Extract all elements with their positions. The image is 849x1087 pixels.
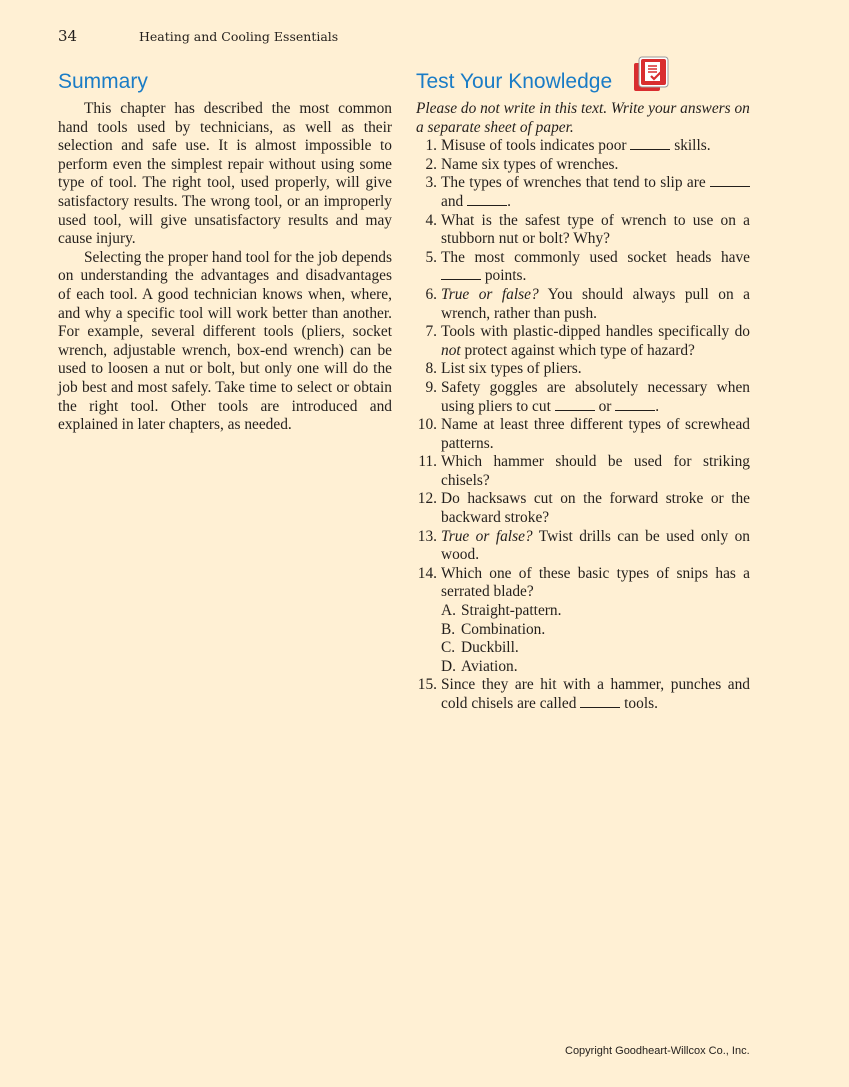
- summary-body: This chapter has described the most comm…: [58, 100, 392, 435]
- running-head: Heating and Cooling Essentials: [139, 29, 338, 44]
- question-number: 5.: [416, 249, 437, 268]
- answer-blank: [441, 267, 481, 280]
- summary-paragraph: This chapter has described the most comm…: [58, 100, 392, 249]
- question-item: 14.Which one of these basic types of sni…: [416, 565, 750, 677]
- question-number: 6.: [416, 286, 437, 305]
- question-item: 5.The most commonly used socket heads ha…: [416, 249, 750, 286]
- question-item: 6.True or false? You should always pull …: [416, 286, 750, 323]
- question-number: 7.: [416, 323, 437, 342]
- choice-list: A.Straight-pattern.B.Combination.C.Duckb…: [441, 602, 750, 676]
- question-item: 8.List six types of pliers.: [416, 360, 750, 379]
- question-item: 1.Misuse of tools indicates poor skills.: [416, 137, 750, 156]
- question-list: 1.Misuse of tools indicates poor skills.…: [416, 137, 750, 713]
- question-number: 8.: [416, 360, 437, 379]
- question-item: 7.Tools with plastic-dipped handles spec…: [416, 323, 750, 360]
- answer-blank: [467, 193, 507, 206]
- summary-paragraph: Selecting the proper hand tool for the j…: [58, 249, 392, 435]
- question-item: 13.True or false? Twist drills can be us…: [416, 528, 750, 565]
- choice-item: B.Combination.: [441, 621, 750, 640]
- question-number: 3.: [416, 174, 437, 193]
- emphasis: True or false?: [441, 286, 539, 303]
- question-number: 12.: [416, 490, 437, 509]
- question-item: 15.Since they are hit with a hammer, pun…: [416, 676, 750, 713]
- answer-blank: [615, 398, 655, 411]
- question-item: 10.Name at least three different types o…: [416, 416, 750, 453]
- summary-heading: Summary: [58, 70, 148, 94]
- question-item: 11.Which hammer should be used for strik…: [416, 453, 750, 490]
- choice-letter: D.: [441, 658, 456, 677]
- question-number: 13.: [416, 528, 437, 547]
- question-item: 2.Name six types of wrenches.: [416, 156, 750, 175]
- emphasis: True or false?: [441, 528, 533, 545]
- question-number: 15.: [416, 676, 437, 695]
- choice-letter: B.: [441, 621, 455, 640]
- answer-blank: [710, 174, 750, 187]
- choice-letter: C.: [441, 639, 455, 658]
- question-item: 9.Safety goggles are absolutely necessar…: [416, 379, 750, 416]
- question-item: 4.What is the safest type of wrench to u…: [416, 212, 750, 249]
- question-number: 1.: [416, 137, 437, 156]
- question-number: 10.: [416, 416, 437, 435]
- answer-blank: [555, 398, 595, 411]
- emphasis: not: [441, 342, 461, 359]
- answer-blank: [580, 695, 620, 708]
- choice-item: D.Aviation.: [441, 658, 750, 677]
- answer-blank: [630, 137, 670, 150]
- question-item: 3.The types of wrenches that tend to sli…: [416, 174, 750, 211]
- question-number: 11.: [416, 453, 437, 472]
- question-number: 4.: [416, 212, 437, 231]
- instructions: Please do not write in this text. Write …: [416, 100, 750, 137]
- choice-item: C.Duckbill.: [441, 639, 750, 658]
- test-your-knowledge-body: Please do not write in this text. Write …: [416, 100, 750, 714]
- copyright: Copyright Goodheart-Willcox Co., Inc.: [565, 1045, 750, 1057]
- question-number: 9.: [416, 379, 437, 398]
- worksheet-check-icon: [632, 55, 670, 93]
- question-number: 14.: [416, 565, 437, 584]
- choice-letter: A.: [441, 602, 456, 621]
- question-item: 12.Do hacksaws cut on the forward stroke…: [416, 490, 750, 527]
- question-number: 2.: [416, 156, 437, 175]
- choice-item: A.Straight-pattern.: [441, 602, 750, 621]
- test-your-knowledge-heading: Test Your Knowledge: [416, 70, 612, 94]
- page-number: 34: [58, 27, 77, 45]
